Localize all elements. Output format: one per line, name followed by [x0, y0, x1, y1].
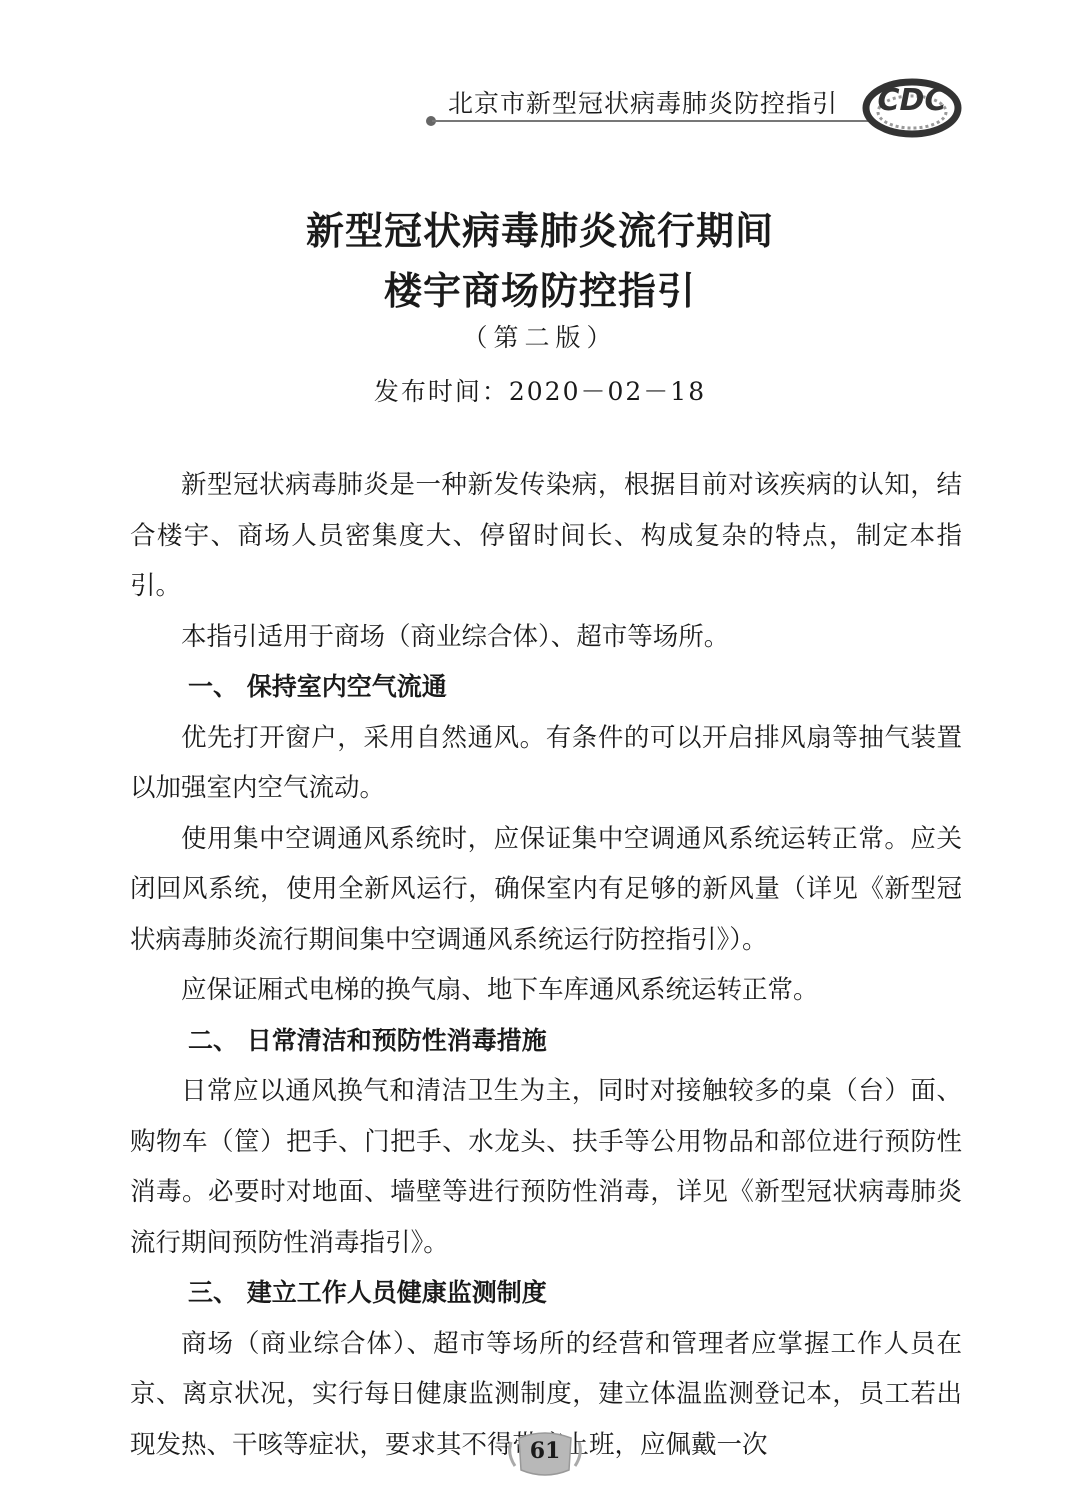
- document-body: 新型冠状病毒肺炎是一种新发传染病，根据目前对该疾病的认知，结合楼宇、商场人员密集…: [130, 460, 962, 1470]
- section-1-paragraph-3: 应保证厢式电梯的换气扇、地下车库通风系统运转正常。: [130, 965, 962, 1016]
- document-title-line1: 新型冠状病毒肺炎流行期间: [0, 200, 1080, 255]
- page-number: 61: [505, 1438, 585, 1464]
- document-title-line2: 楼宇商场防控指引: [0, 260, 1080, 315]
- header-rule: [432, 120, 872, 122]
- svg-text:CDC: CDC: [878, 83, 947, 118]
- section-1-heading: 一、 保持室内空气流通: [130, 662, 962, 713]
- section-1-paragraph-2: 使用集中空调通风系统时，应保证集中空调通风系统运转正常。应关闭回风系统，使用全新…: [130, 814, 962, 966]
- section-2-heading: 二、 日常清洁和预防性消毒措施: [130, 1016, 962, 1067]
- running-title: 北京市新型冠状病毒肺炎防控指引: [448, 84, 838, 120]
- section-3-heading: 三、 建立工作人员健康监测制度: [130, 1268, 962, 1319]
- section-1-paragraph-1: 优先打开窗户，采用自然通风。有条件的可以开启排风扇等抽气装置以加强室内空气流动。: [130, 713, 962, 814]
- intro-paragraph-2: 本指引适用于商场（商业综合体）、超市等场所。: [130, 612, 962, 663]
- publish-date: 发布时间：2020－02－18: [0, 372, 1080, 408]
- section-2-paragraph-1: 日常应以通风换气和清洁卫生为主，同时对接触较多的桌（台）面、购物车（筐）把手、门…: [130, 1066, 962, 1268]
- cdc-logo-icon: CDC: [862, 66, 962, 138]
- intro-paragraph-1: 新型冠状病毒肺炎是一种新发传染病，根据目前对该疾病的认知，结合楼宇、商场人员密集…: [130, 460, 962, 612]
- edition-label: （第二版）: [0, 318, 1080, 354]
